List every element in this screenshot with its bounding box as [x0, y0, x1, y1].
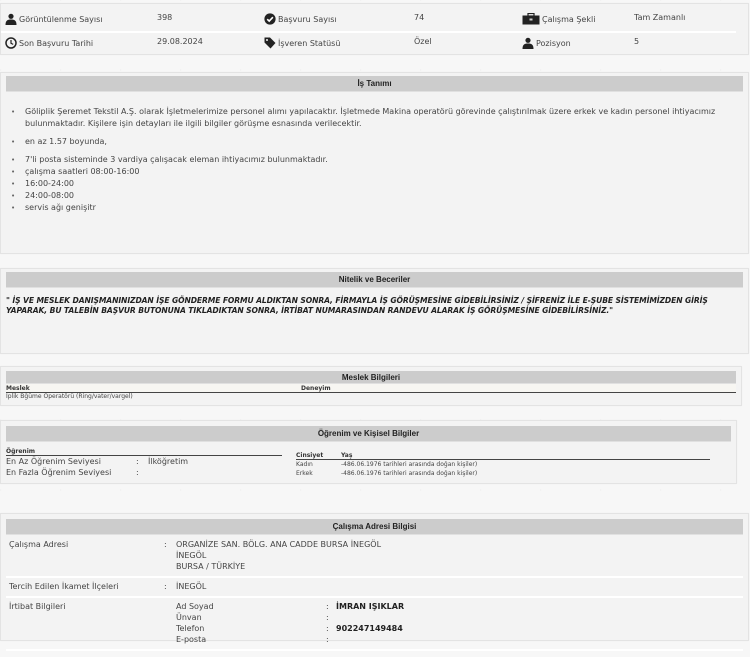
- stat-label: Pozisyon: [536, 39, 571, 48]
- contact-phone: Telefon : 902247149484: [176, 623, 404, 634]
- stat-positions-value: 5: [634, 37, 639, 46]
- stat-employer-status: İşveren Statüsü: [264, 37, 340, 49]
- clock-icon: [5, 37, 17, 49]
- user-icon: [522, 37, 534, 49]
- education-row: En Az Öğrenim Seviyesi : İlköğretim: [6, 456, 282, 467]
- stat-label: Görüntülenme Sayısı: [19, 15, 103, 24]
- job-description-panel: İş Tanımı Göliplik Şeremet Tekstil A.Ş. …: [0, 72, 749, 254]
- job-stats-panel: Görüntülenme Sayısı 398 Başvuru Sayısı 7…: [0, 3, 749, 55]
- column-header: Cinsiyet: [296, 451, 341, 459]
- qualifications-text: " İŞ VE MESLEK DANIŞMANINIZDAN İŞE GÖNDE…: [6, 296, 744, 316]
- section-title: Meslek Bilgileri: [6, 371, 736, 384]
- list-item: 16:00-24:00: [11, 178, 731, 190]
- section-title: Nitelik ve Beceriler: [6, 272, 743, 288]
- stat-deadline-value: 29.08.2024: [157, 37, 203, 46]
- tag-icon: [264, 37, 276, 49]
- table-header: Meslek Deneyim: [6, 384, 736, 393]
- table-row: İplik Bğüme Operatörü (Ring/vater/vargel…: [6, 393, 736, 401]
- work-address-row: Çalışma Adresi : ORGANİZE SAN. BÖLG. ANA…: [6, 539, 743, 572]
- contact-details: Ad Soyad : İMRAN IŞIKLAR Ünvan : Telefon…: [176, 601, 404, 645]
- stat-work-type-value: Tam Zamanlı: [634, 13, 685, 22]
- stat-views-value: 398: [157, 13, 172, 22]
- table-row: Kadın -486.06.1976 tarihleri arasında do…: [296, 460, 710, 469]
- user-icon: [5, 13, 17, 25]
- contact-email: E-posta :: [176, 634, 404, 645]
- table-header: Cinsiyet Yaş: [296, 451, 710, 460]
- stat-label: Çalışma Şekli: [542, 15, 595, 24]
- education-panel: Öğrenim ve Kişisel Bilgiler Öğrenim En A…: [0, 420, 737, 484]
- stats-row-2: Son Başvuru Tarihi 29.08.2024 İşveren St…: [1, 31, 736, 53]
- column-header: Öğrenim: [6, 447, 282, 456]
- qualifications-panel: Nitelik ve Beceriler " İŞ VE MESLEK DANI…: [0, 268, 749, 354]
- list-item: en az 1.57 boyunda,: [11, 136, 731, 148]
- stat-label: İşveren Statüsü: [278, 39, 340, 48]
- list-item: 7'li posta sisteminde 3 vardiya çalışaca…: [11, 154, 731, 166]
- stat-label: Son Başvuru Tarihi: [19, 39, 93, 48]
- stat-label: Başvuru Sayısı: [278, 15, 337, 24]
- stat-work-type: Çalışma Şekli: [522, 13, 595, 25]
- list-item: servis ağı genişitr: [11, 202, 731, 214]
- contact-name: Ad Soyad : İMRAN IŞIKLAR: [176, 601, 404, 612]
- contact-row: İrtibat Bilgileri Ad Soyad : İMRAN IŞIKL…: [6, 596, 743, 645]
- column-header: Deneyim: [301, 384, 331, 392]
- work-address-panel: Çalışma Adresi Bilgisi Çalışma Adresi : …: [0, 513, 749, 641]
- personal-info-table: Cinsiyet Yaş Kadın -486.06.1976 tarihler…: [296, 451, 710, 478]
- list-item: Göliplik Şeremet Tekstil A.Ş. olarak İşl…: [11, 106, 731, 130]
- table-row: Erkek -486.06.1976 tarihleri arasında do…: [296, 469, 710, 478]
- briefcase-icon: [522, 13, 540, 25]
- list-item: 24:00-08:00: [11, 190, 731, 202]
- education-row: En Fazla Öğrenim Seviyesi :: [6, 467, 282, 478]
- section-title: Öğrenim ve Kişisel Bilgiler: [6, 426, 731, 442]
- contact-title: Ünvan :: [176, 612, 404, 623]
- column-header: Meslek: [6, 384, 301, 392]
- job-description-list: Göliplik Şeremet Tekstil A.Ş. olarak İşl…: [11, 106, 731, 214]
- education-levels: Öğrenim En Az Öğrenim Seviyesi : İlköğre…: [6, 447, 282, 478]
- table-cell: İplik Bğüme Operatörü (Ring/vater/vargel…: [6, 393, 301, 401]
- stat-applications-value: 74: [414, 13, 424, 22]
- check-circle-icon: [264, 13, 276, 25]
- section-title: İş Tanımı: [6, 76, 743, 92]
- stats-row-1: Görüntülenme Sayısı 398 Başvuru Sayısı 7…: [1, 8, 736, 30]
- residence-row: Tercih Edilen İkamet İlçeleri : İNEGÖL: [6, 576, 743, 592]
- list-item: çalışma saatleri 08:00-16:00: [11, 166, 731, 178]
- stat-deadline: Son Başvuru Tarihi: [5, 37, 93, 49]
- work-address-value: ORGANİZE SAN. BÖLG. ANA CADDE BURSA İNEG…: [176, 539, 381, 572]
- section-title: Çalışma Adresi Bilgisi: [6, 519, 743, 535]
- stat-employer-status-value: Özel: [414, 37, 432, 46]
- stat-positions: Pozisyon: [522, 37, 571, 49]
- column-header: Yaş: [341, 451, 352, 459]
- profession-table: Meslek Deneyim İplik Bğüme Operatörü (Ri…: [6, 384, 736, 401]
- address-body: Çalışma Adresi : ORGANİZE SAN. BÖLG. ANA…: [6, 539, 743, 651]
- stat-applications: Başvuru Sayısı: [264, 13, 337, 25]
- profession-panel: Meslek Bilgileri Meslek Deneyim İplik Bğ…: [0, 366, 742, 406]
- stat-views: Görüntülenme Sayısı: [5, 13, 103, 25]
